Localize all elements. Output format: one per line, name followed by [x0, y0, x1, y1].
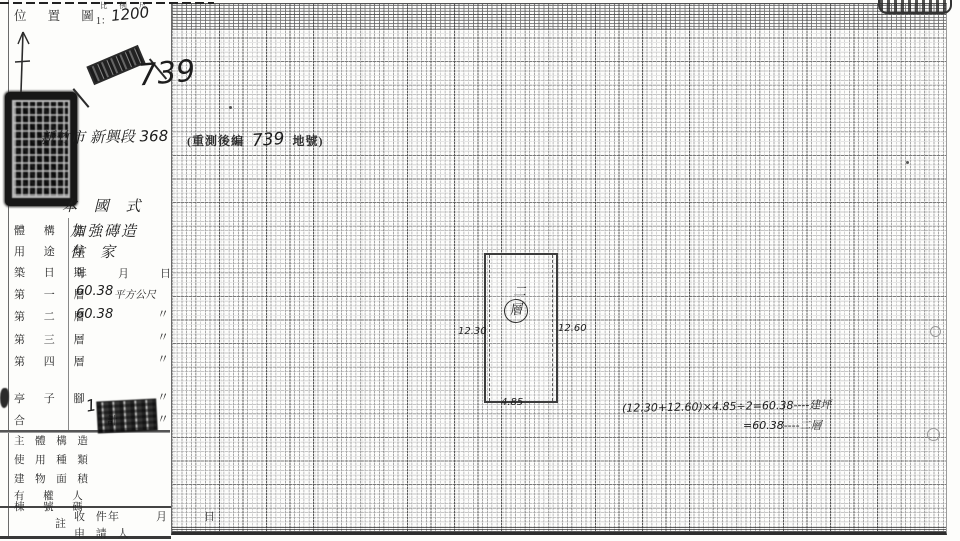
floor1-area-value: 60.38 — [76, 284, 113, 299]
ditto-mark: 〃 — [157, 410, 169, 427]
receipt-label: 收 件 — [74, 508, 111, 524]
official-seal-stamp — [5, 92, 77, 206]
scale-prefix: 1： — [96, 12, 111, 27]
receipt-date-fields: 年 月 日 — [108, 508, 228, 524]
grid-top-margin-band — [172, 4, 946, 30]
form-row-value-use: 住 家 — [70, 241, 115, 262]
plot-dimension-left: 12.30 — [458, 326, 487, 337]
area-calculation-line1: (12.30+12.60)×4.85÷2=60.38----建坪 — [622, 396, 832, 416]
correction-stamp-blob — [96, 398, 158, 433]
form-row-label: 亭 子 腳 — [14, 390, 93, 406]
plot-dimension-right: 12.60 — [558, 323, 587, 334]
area-calculation-line2: =60.38----二層 — [743, 417, 822, 433]
ditto-mark: 〃 — [157, 388, 169, 405]
ditto-mark: 〃 — [157, 328, 169, 345]
scan-mark-circle — [930, 326, 941, 337]
scale-value-handwritten: 1200 — [110, 3, 150, 25]
scan-speck — [906, 161, 909, 164]
form-row-label: 第 四 層 — [14, 353, 93, 369]
corner-stamp-cropped — [878, 0, 952, 14]
ditto-mark: 〃 — [157, 350, 169, 367]
plot-dimension-bottom: 4.85 — [501, 397, 523, 408]
legend-main-structure: 主 體 構 造 — [14, 433, 92, 448]
legend-building-area: 建 物 面 積 — [14, 471, 92, 486]
floor1-area-unit: 平方公尺 — [114, 287, 156, 302]
grid-bottom-margin-band — [172, 527, 946, 532]
graph-paper-grid: (重測後編 739 地號) 二 層 12.30 12.60 4.85 (12.3… — [171, 3, 947, 535]
form-row-value-style: 本 國 式 — [62, 195, 147, 216]
form-row-value-date: 年 月 日 — [76, 265, 181, 281]
applicant-label: 申 請 人 — [74, 525, 133, 541]
legend-use-type: 使 用 種 類 — [14, 452, 92, 467]
scan-speck — [229, 106, 232, 109]
resurvey-annotation: (重測後編 739 地號) — [187, 130, 323, 150]
resurvey-parcel-number: 739 — [251, 129, 285, 151]
resurvey-stamp-text: (重測後編 — [187, 134, 244, 148]
scan-mark-circle — [927, 428, 940, 441]
resurvey-stamp-suffix: 地號) — [292, 134, 323, 148]
floor2-area-value: 60.38 — [76, 307, 113, 322]
ditto-mark: 〃 — [157, 305, 169, 322]
plot-floor-circled-char: 層 — [503, 298, 529, 324]
note-label: 註 — [55, 515, 66, 531]
scanned-building-survey-document: (重測後編 739 地號) 二 層 12.30 12.60 4.85 (12.3… — [0, 0, 960, 541]
address-handwritten: 新竹市 新興段 368 — [40, 125, 169, 148]
plot-inner-dashed-line-left — [489, 255, 490, 401]
form-row-label: 第 三 層 — [14, 331, 93, 347]
building-plot-outline: 二 層 — [484, 253, 558, 403]
plot-floor-circle: 層 — [504, 299, 528, 323]
large-parcel-number: 739 — [137, 54, 197, 94]
seal-inner-pattern — [12, 100, 70, 198]
plot-inner-dashed-line-right — [552, 255, 553, 401]
north-arrow — [8, 22, 48, 97]
plot-floor-count-text: 二 — [513, 281, 526, 300]
form-row-value-structure: 加強磚造 — [70, 220, 138, 241]
